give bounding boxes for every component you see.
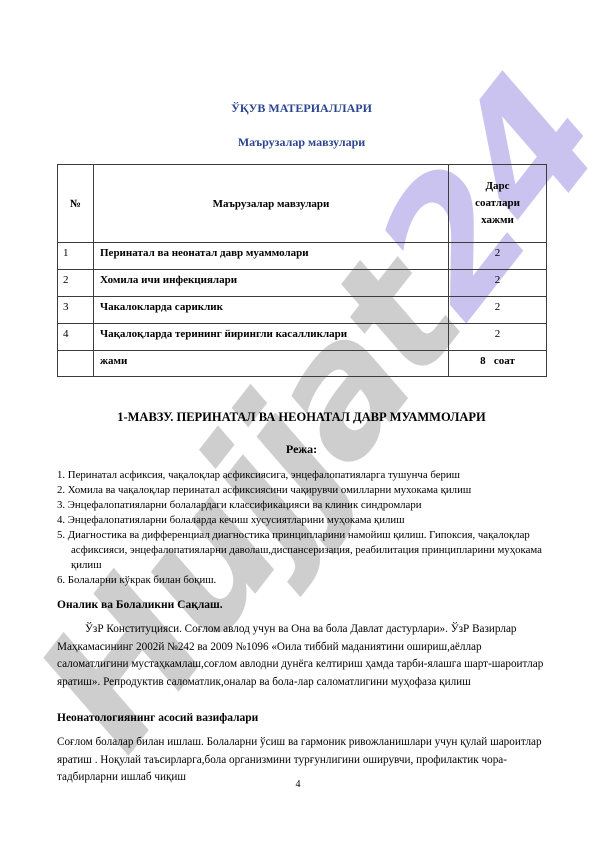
table-row: 2 Хомила ичи инфекциялари 2 [58,270,547,297]
plan-list: 1. Перинатал асфиксия, чақалоқлар асфикс… [57,468,549,588]
row-number: 2 [58,270,94,297]
header-cell-number: № [58,165,94,243]
row-topic: Перинатал ва неонатал давр муаммолари [94,243,449,270]
row-hours: 2 [449,324,547,351]
header-hours-text: Дарс соатлари хажми [467,178,529,229]
header-cell-hours: Дарс соатлари хажми [449,165,547,243]
page-subtitle: Маърузалар мавзулари [57,135,546,150]
row-number: 3 [58,297,94,324]
row-hours: 2 [449,270,547,297]
plan-item: 3. Энцефалопатияларни болалардаги класси… [57,498,549,513]
document-page: Hujjat24 ЎҚУВ МАТЕРИАЛЛАРИ Маърузалар ма… [0,0,596,842]
subsection-heading-neonatology: Неонатологиянинг асосий вазифалари [57,712,546,724]
table-row: 4 Чақалоқларда терининг йирингли касалли… [58,324,547,351]
row-topic: Чақалоқларда терининг йирингли касалликл… [94,324,449,351]
plan-label: Режа: [57,442,546,457]
row-topic: Хомила ичи инфекциялари [94,270,449,297]
total-label: жами [94,351,449,377]
table-total-row: жами 8 соат [58,351,547,377]
topic-heading: 1-МАВЗУ. ПЕРИНАТАЛ ВА НЕОНАТАЛ ДАВР МУАМ… [57,410,546,425]
subsection-heading-motherhood: Оналик ва Болаликни Сақлаш. [57,599,546,611]
page-title: ЎҚУВ МАТЕРИАЛЛАРИ [57,101,546,116]
plan-item: 6. Болаларни кўкрак билан боқиш. [57,573,549,588]
row-hours: 2 [449,297,547,324]
table-row: 1 Перинатал ва неонатал давр муаммолари … [58,243,547,270]
plan-item: 5. Диагностика ва дифференциал диагности… [57,528,549,573]
row-number: 4 [58,324,94,351]
plan-item: 2. Хомила ва чақалоқлар перинатал асфикс… [57,483,549,498]
table-header-row: № Маърузалар мавзулари Дарс соатлари хаж… [58,165,547,243]
total-hours: 8 соат [449,351,547,377]
subsection-body-motherhood: ЎзР Конституцияси. Соғлом авлод учун ва … [57,621,547,691]
lectures-table: № Маърузалар мавзулари Дарс соатлари хаж… [57,164,547,377]
plan-item: 4. Энцефалопатияларни болаларда кечиш ху… [57,513,549,528]
row-number: 1 [58,243,94,270]
total-number-cell [58,351,94,377]
row-topic: Чакалокларда сариклик [94,297,449,324]
document-content: ЎҚУВ МАТЕРИАЛЛАРИ Маърузалар мавзулари №… [0,0,596,787]
page-number: 4 [0,779,596,790]
header-cell-topic: Маърузалар мавзулари [94,165,449,243]
row-hours: 2 [449,243,547,270]
plan-item: 1. Перинатал асфиксия, чақалоқлар асфикс… [57,468,549,483]
table-row: 3 Чакалокларда сариклик 2 [58,297,547,324]
